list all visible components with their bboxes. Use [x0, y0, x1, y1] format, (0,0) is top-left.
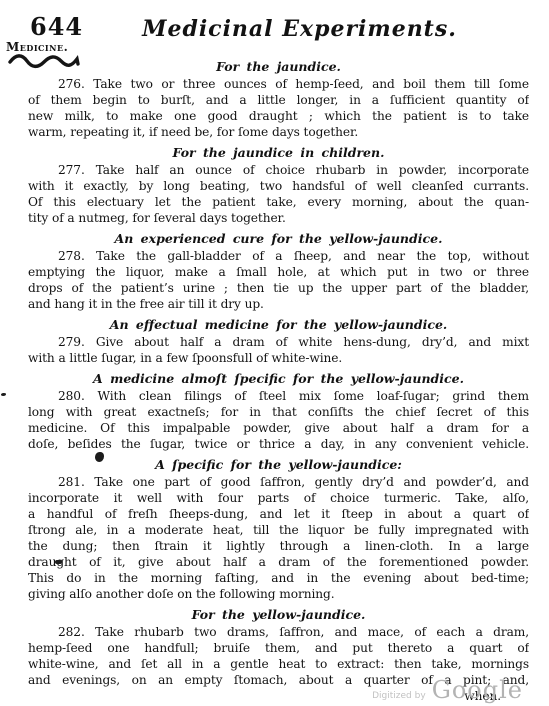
text-line: ſtrong ale, in a moderate heat, till the…	[28, 522, 529, 538]
text-line: drops of the patient’s urine ; then tie …	[28, 280, 529, 296]
text-line: with a little ſugar, in a few ſpoonsfull…	[28, 350, 529, 366]
text-line: medicine. Of this impalpable powder, giv…	[28, 420, 529, 436]
text-line: and hang it in the free air till it dry …	[28, 296, 529, 312]
remedy-section: For the jaundice in children. 277. Take …	[28, 146, 529, 226]
watermark-digitized-label: Digitized by	[372, 691, 426, 701]
text-line: draught of it, give about half a dram of…	[28, 554, 529, 570]
remedy-heading: For the yellow-jaundice.	[28, 608, 529, 622]
remedy-heading: A ſpecific for the yellow-jaundice:	[28, 458, 529, 472]
text-line: 277. Take half an ounce of choice rhubar…	[28, 162, 529, 178]
google-watermark: Digitized by Google	[372, 676, 523, 704]
text-line: 279. Give about half a dram of white hen…	[28, 334, 529, 350]
text-line: the dung; then ſtrain it lightly through…	[28, 538, 529, 554]
remedy-heading: An effectual medicine for the yellow-jau…	[28, 318, 529, 332]
remedy-section: An experienced cure for the yellow-jaund…	[28, 232, 529, 312]
text-line: hemp-ſeed one handfull; bruiſe them, and…	[28, 640, 529, 656]
page-number: 644	[30, 12, 83, 41]
text-line: 281. Take one part of good ſaffron, gent…	[28, 474, 529, 490]
text-line: 278. Take the gall-bladder of a ſheep, a…	[28, 248, 529, 264]
text-line: with it exactly, by long beating, two ha…	[28, 178, 529, 194]
text-line: tity of a nutmeg, for ſeveral days toget…	[28, 210, 529, 226]
remedy-paragraph: 276. Take two or three ounces of hemp-ſe…	[28, 76, 529, 140]
remedy-heading: For the jaundice.	[28, 60, 529, 74]
text-line: white-wine, and ſet all in a gentle heat…	[28, 656, 529, 672]
ink-speck	[55, 560, 62, 564]
remedy-section: A ſpecific for the yellow-jaundice: 281.…	[28, 458, 529, 602]
text-line: emptying the liquor, make a ſmall hole, …	[28, 264, 529, 280]
remedy-section: A medicine almoſt ſpecific for the yello…	[28, 372, 529, 452]
running-title: Medicinal Experiments.	[110, 16, 489, 42]
google-logo: Google	[432, 676, 523, 704]
book-page: 644 Medicine. Medicinal Experiments. For…	[0, 0, 549, 706]
text-line: incorporate it well with four parts of c…	[28, 490, 529, 506]
ink-speck	[1, 393, 6, 396]
text-line: long with great exactneſs; for in that c…	[28, 404, 529, 420]
text-line: warm, repeating it, if need be, for ſome…	[28, 124, 529, 140]
text-line: 276. Take two or three ounces of hemp-ſe…	[28, 76, 529, 92]
text-line: of them begin to burſt, and a little lon…	[28, 92, 529, 108]
text-line: This do in the morning faſting, and in t…	[28, 570, 529, 586]
text-line: 280. With clean filings of ſteel mix ſom…	[28, 388, 529, 404]
remedy-paragraph: 280. With clean filings of ſteel mix ſom…	[28, 388, 529, 452]
remedy-paragraph: 277. Take half an ounce of choice rhubar…	[28, 162, 529, 226]
text-line: doſe, beſides the ſugar, twice or thrice…	[28, 436, 529, 452]
remedy-paragraph: 278. Take the gall-bladder of a ſheep, a…	[28, 248, 529, 312]
text-line: 282. Take rhubarb two drams, ſaffron, an…	[28, 624, 529, 640]
remedy-heading: A medicine almoſt ſpecific for the yello…	[28, 372, 529, 386]
text-line: a handful of freſh ſheeps-dung, and let …	[28, 506, 529, 522]
text-line: new milk, to make one good draught ; whi…	[28, 108, 529, 124]
remedy-heading: For the jaundice in children.	[28, 146, 529, 160]
remedies: For the jaundice. 276. Take two or three…	[28, 54, 529, 704]
remedy-section: For the jaundice. 276. Take two or three…	[28, 60, 529, 140]
remedy-paragraph: 281. Take one part of good ſaffron, gent…	[28, 474, 529, 602]
text-line: Of this electuary let the patient take, …	[28, 194, 529, 210]
remedy-section: An effectual medicine for the yellow-jau…	[28, 318, 529, 366]
margin-subject-label: Medicine.	[6, 40, 68, 54]
remedy-heading: An experienced cure for the yellow-jaund…	[28, 232, 529, 246]
text-line: giving alſo another doſe on the followin…	[28, 586, 529, 602]
remedy-paragraph: 279. Give about half a dram of white hen…	[28, 334, 529, 366]
